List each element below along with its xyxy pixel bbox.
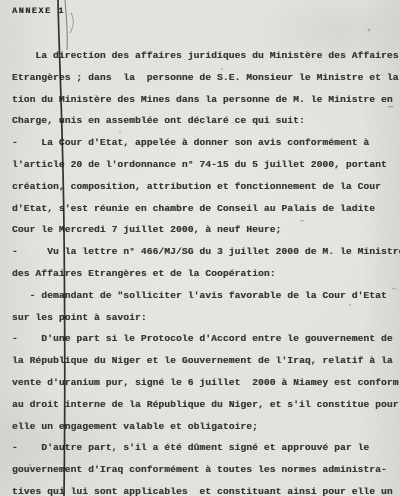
document-text-line: - La Cour d'Etat, appelée à donner son a…	[12, 132, 400, 154]
document-text-line: l'article 20 de l'ordonnance n° 74-15 du…	[12, 154, 400, 176]
document-text-block: La direction des affaires juridiques du …	[12, 45, 400, 496]
document-text-line: elle un engagement valable et obligatoir…	[12, 416, 400, 438]
document-text-line: vente d'uranium pur, signé le 6 juillet …	[12, 372, 400, 394]
document-text-line: - demandant de "solliciter l'avis favora…	[12, 285, 400, 307]
document-text-line: Cour le Mercredi 7 juillet 2000, à neuf …	[12, 219, 400, 241]
document-text-line: tives qui lui sont applicables et consti…	[12, 481, 400, 496]
document-text-line: La direction des affaires juridiques du …	[12, 45, 400, 67]
fold-secondary-mark	[65, 0, 67, 50]
document-text-line: Charge, unis en assemblée ont déclaré ce…	[12, 110, 400, 132]
document-text-line: tion du Ministère des Mines dans la pers…	[12, 89, 400, 111]
document-text-line: - Vu la lettre n° 466/MJ/SG du 3 juillet…	[12, 241, 400, 263]
document-text-line: Etrangères ; dans la personne de S.E. Mo…	[12, 67, 400, 89]
document-text-line: des Affaires Etrangères et de la Coopéra…	[12, 263, 400, 285]
annexe-label: ANNEXE 1	[12, 6, 65, 16]
document-text-line: au droit interne de la République du Nig…	[12, 394, 400, 416]
scanned-document-page: ANNEXE 1 La direction des affaires jurid…	[0, 0, 400, 496]
document-text-line: - D'autre part, s'il a été dûment signé …	[12, 437, 400, 459]
document-text-line: - D'une part si le Protocole d'Accord en…	[12, 328, 400, 350]
document-text-line: la République du Niger et le Gouvernemen…	[12, 350, 400, 372]
fold-hook-mark	[70, 13, 73, 33]
document-text-line: création, composition, attribution et fo…	[12, 176, 400, 198]
document-text-line: gouvernement d'Iraq conformément à toute…	[12, 459, 400, 481]
document-text-line: sur les point à savoir:	[12, 307, 400, 329]
document-text-line: d'Etat, s'est réunie en chambre de Conse…	[12, 198, 400, 220]
